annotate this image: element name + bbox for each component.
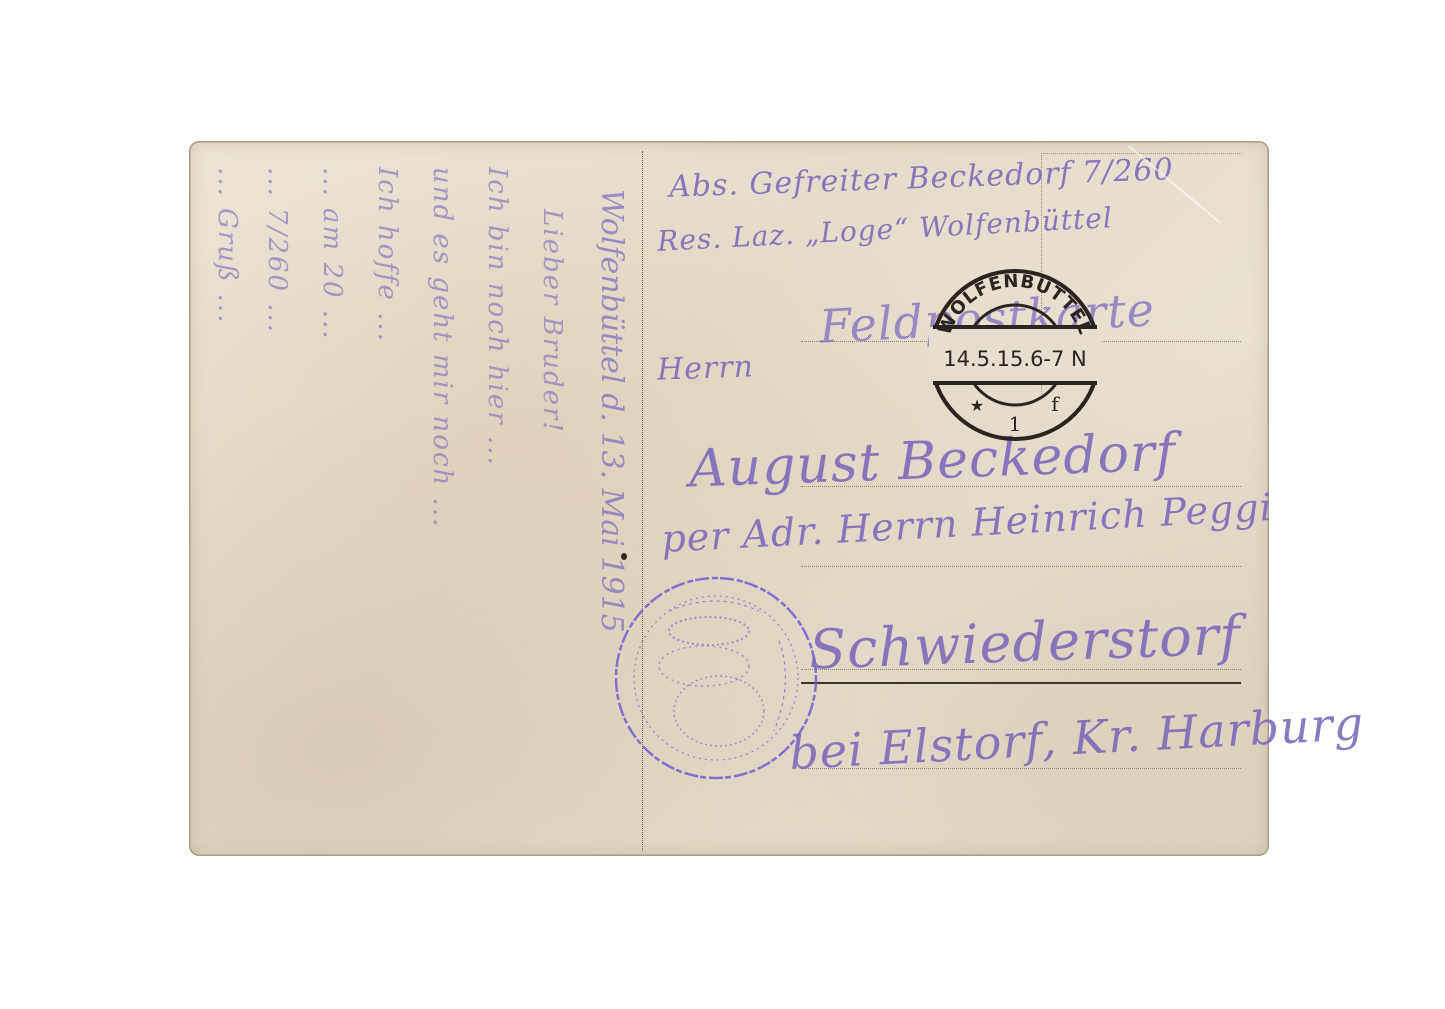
- message-greeting: Lieber Bruder!: [537, 209, 567, 434]
- svg-text:1: 1: [1009, 412, 1022, 436]
- svg-text:f: f: [1051, 392, 1060, 416]
- postmark: WOLFENBÜTTEL 14.5.15.6-7 N ★ 1 f: [925, 265, 1105, 445]
- address-line: [801, 566, 1241, 567]
- postmark-icon: WOLFENBÜTTEL 14.5.15.6-7 N ★ 1 f: [925, 265, 1105, 445]
- postcard: Wolfenbüttel d. 13. Mai 1915 Lieber Brud…: [189, 141, 1269, 856]
- svg-text:14.5.15.6-7 N: 14.5.15.6-7 N: [943, 347, 1087, 371]
- svg-text:★: ★: [970, 396, 984, 415]
- ink-speck: [621, 553, 627, 560]
- address-underline: [801, 682, 1241, 684]
- recipient-salutation: Herrn: [656, 349, 754, 387]
- message-place-date: Wolfenbüttel d. 13. Mai 1915: [594, 189, 629, 633]
- message-section: Wolfenbüttel d. 13. Mai 1915 Lieber Brud…: [197, 149, 637, 849]
- message-line: und es geht mir noch ...: [427, 167, 457, 528]
- message-line: Ich bin noch hier ...: [482, 167, 512, 467]
- message-line: ... 7/260 ...: [262, 167, 292, 334]
- message-rotated: Wolfenbüttel d. 13. Mai 1915 Lieber Brud…: [197, 149, 637, 849]
- message-line: ... Gruß ...: [212, 167, 242, 324]
- message-line: ... am 20 ...: [317, 167, 347, 341]
- message-line: Ich hoffe ...: [372, 167, 402, 343]
